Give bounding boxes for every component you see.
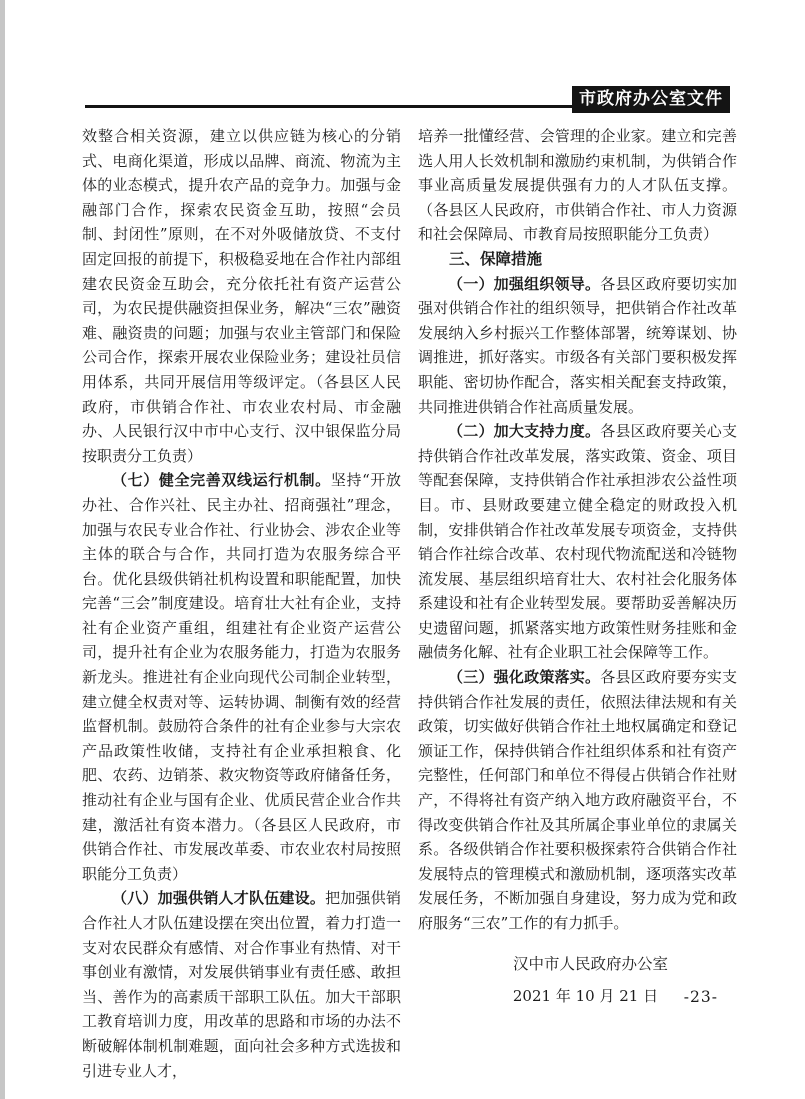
page-number: -23- <box>684 988 718 1006</box>
scan-edge-strip <box>0 0 5 1099</box>
section-heading: 三、保障措施 <box>418 247 737 272</box>
paragraph: （八）加强供销人才队伍建设。把加强供销合作社人才队伍建设摆在突出位置，着力打造一… <box>82 886 401 1083</box>
left-column: 效整合相关资源，建立以供应链为核心的分销式、电商化渠道，形成以品牌、商流、物流为… <box>82 124 401 1083</box>
right-column: 培养一批懂经营、会管理的企业家。建立和完善选人用人长效机制和激励约束机制，为供销… <box>418 124 737 1083</box>
header-badge: 市政府办公室文件 <box>572 86 730 113</box>
paragraph-lead: （三）强化政策落实。 <box>448 668 600 686</box>
paragraph-lead: （七）健全完善双线运行机制。 <box>112 471 331 489</box>
paragraph: （二）加大支持力度。各县区政府要关心支持供销合作社改革发展，落实政策、资金、项目… <box>418 419 737 665</box>
right-column-paragraphs: 培养一批懂经营、会管理的企业家。建立和完善选人用人长效机制和激励约束机制，为供销… <box>418 124 737 936</box>
paragraph-lead: （一）加强组织领导。 <box>448 275 600 293</box>
paragraph: （三）强化政策落实。各县区政府要夯实支持供销合作社发展的责任，依照法律法规和有关… <box>418 665 737 936</box>
paragraph: 培养一批懂经营、会管理的企业家。建立和完善选人用人长效机制和激励约束机制，为供销… <box>418 124 737 247</box>
signature-issuer: 汉中市人民政府办公室 <box>444 952 737 976</box>
document-header: 市政府办公室文件 <box>85 86 730 113</box>
document-page: 市政府办公室文件 效整合相关资源，建立以供应链为核心的分销式、电商化渠道，形成以… <box>0 0 805 1099</box>
paragraph-lead: （二）加大支持力度。 <box>448 422 600 440</box>
header-rule <box>85 105 572 108</box>
paragraph: （七）健全完善双线运行机制。坚持“开放办社、合作兴社、民主办社、招商强社”理念，… <box>82 468 401 886</box>
text-columns: 效整合相关资源，建立以供应链为核心的分销式、电商化渠道，形成以品牌、商流、物流为… <box>82 124 738 1083</box>
paragraph: 效整合相关资源，建立以供应链为核心的分销式、电商化渠道，形成以品牌、商流、物流为… <box>82 124 401 468</box>
paragraph-lead: （八）加强供销人才队伍建设。 <box>112 889 325 907</box>
paragraph: （一）加强组织领导。各县区政府要切实加强对供销合作社的组织领导，把供销合作社改革… <box>418 272 737 420</box>
